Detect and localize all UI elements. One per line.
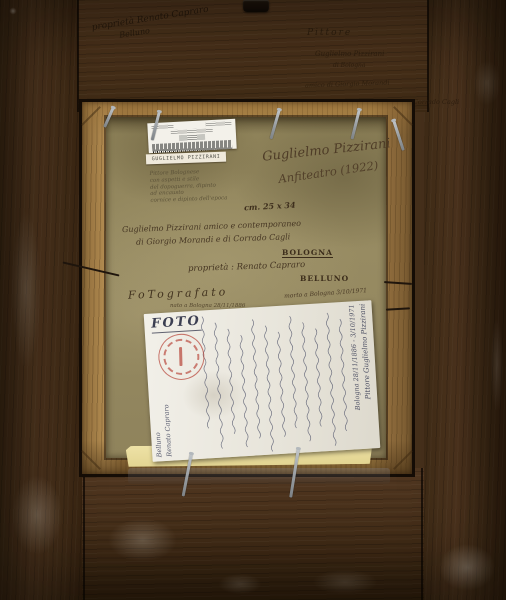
frame-seam [77, 0, 79, 112]
size-inscription: cm. 25 x 34 [244, 200, 296, 213]
artist-name-label: GUGLIELMO PIZZIRANI [146, 152, 226, 165]
liner-mitre [393, 450, 413, 470]
death-date-inscription: morto a Bologna 3/10/1971 [284, 287, 367, 300]
nail [270, 109, 281, 139]
owner-inscription: proprietà : Renato Capraro [188, 260, 305, 274]
nail [351, 109, 361, 140]
stamp-bar [179, 347, 182, 366]
auction-barcode-label [147, 119, 236, 154]
canvas-verso: GUGLIELMO PIZZIRANI Guglielmo Pizzirani … [106, 117, 386, 458]
fotografato-inscription: FoTografato [128, 285, 229, 301]
frame-artist-line: Pittore [307, 28, 352, 38]
label-header [151, 121, 231, 129]
liner-mitre [81, 450, 101, 470]
artwork-verso-photo: proprietà Renato Capraro Belluno Pittore… [0, 0, 506, 600]
belluno-inscription: BELLUNO [300, 274, 349, 283]
foto-label: FOTO [151, 314, 202, 334]
label-text-smudge [205, 121, 231, 126]
liner-mitre [393, 106, 413, 126]
liner-mitre [81, 106, 101, 126]
metal-hanger [243, 0, 269, 12]
frame-seam [421, 468, 423, 600]
frame-artist-line: e Corrado Cagli [407, 98, 459, 106]
label-text-smudge [179, 134, 205, 140]
pencil-note: Pittore Bolognese con aspetti e stile de… [149, 167, 260, 205]
gilt-liner: GUGLIELMO PIZZIRANI Guglielmo Pizzirani … [82, 102, 412, 474]
nail [103, 106, 114, 127]
frame-artist-inscription: Pittore Guglielmo Pizzirani di Bologna a… [285, 28, 503, 108]
artist-name-label-text: GUGLIELMO PIZZIRANI [152, 154, 221, 162]
frame-artist-line: Guglielmo Pizzirani [315, 50, 384, 58]
label-text-smudge [171, 128, 213, 134]
dedication-inscription-line2: di Giorgio Morandi e di Corrado Cagli [136, 232, 291, 246]
graphite-smudge [128, 468, 390, 484]
frame-owner-line2: Belluno [119, 26, 151, 40]
dedication-inscription-line1: Guglielmo Pizzirani amico e contemporane… [122, 219, 301, 234]
frame-left-board [0, 0, 82, 600]
frame-artist-line: di Bologna [333, 62, 366, 69]
title-inscription: Anfiteatro (1922) [278, 158, 380, 186]
pencil-note-line: cornice e dipinto dell'epoca [150, 195, 227, 204]
frame-artist-line: amico di Giorgio Morandi [305, 79, 390, 90]
frame-seam [83, 468, 85, 600]
bologna-inscription: BOLOGNA [282, 248, 333, 258]
handwritten-note: FOTO Bologna 28/11/1886 - 3/10/1971 Pitt… [144, 300, 381, 462]
frame-bottom-board [82, 468, 424, 600]
